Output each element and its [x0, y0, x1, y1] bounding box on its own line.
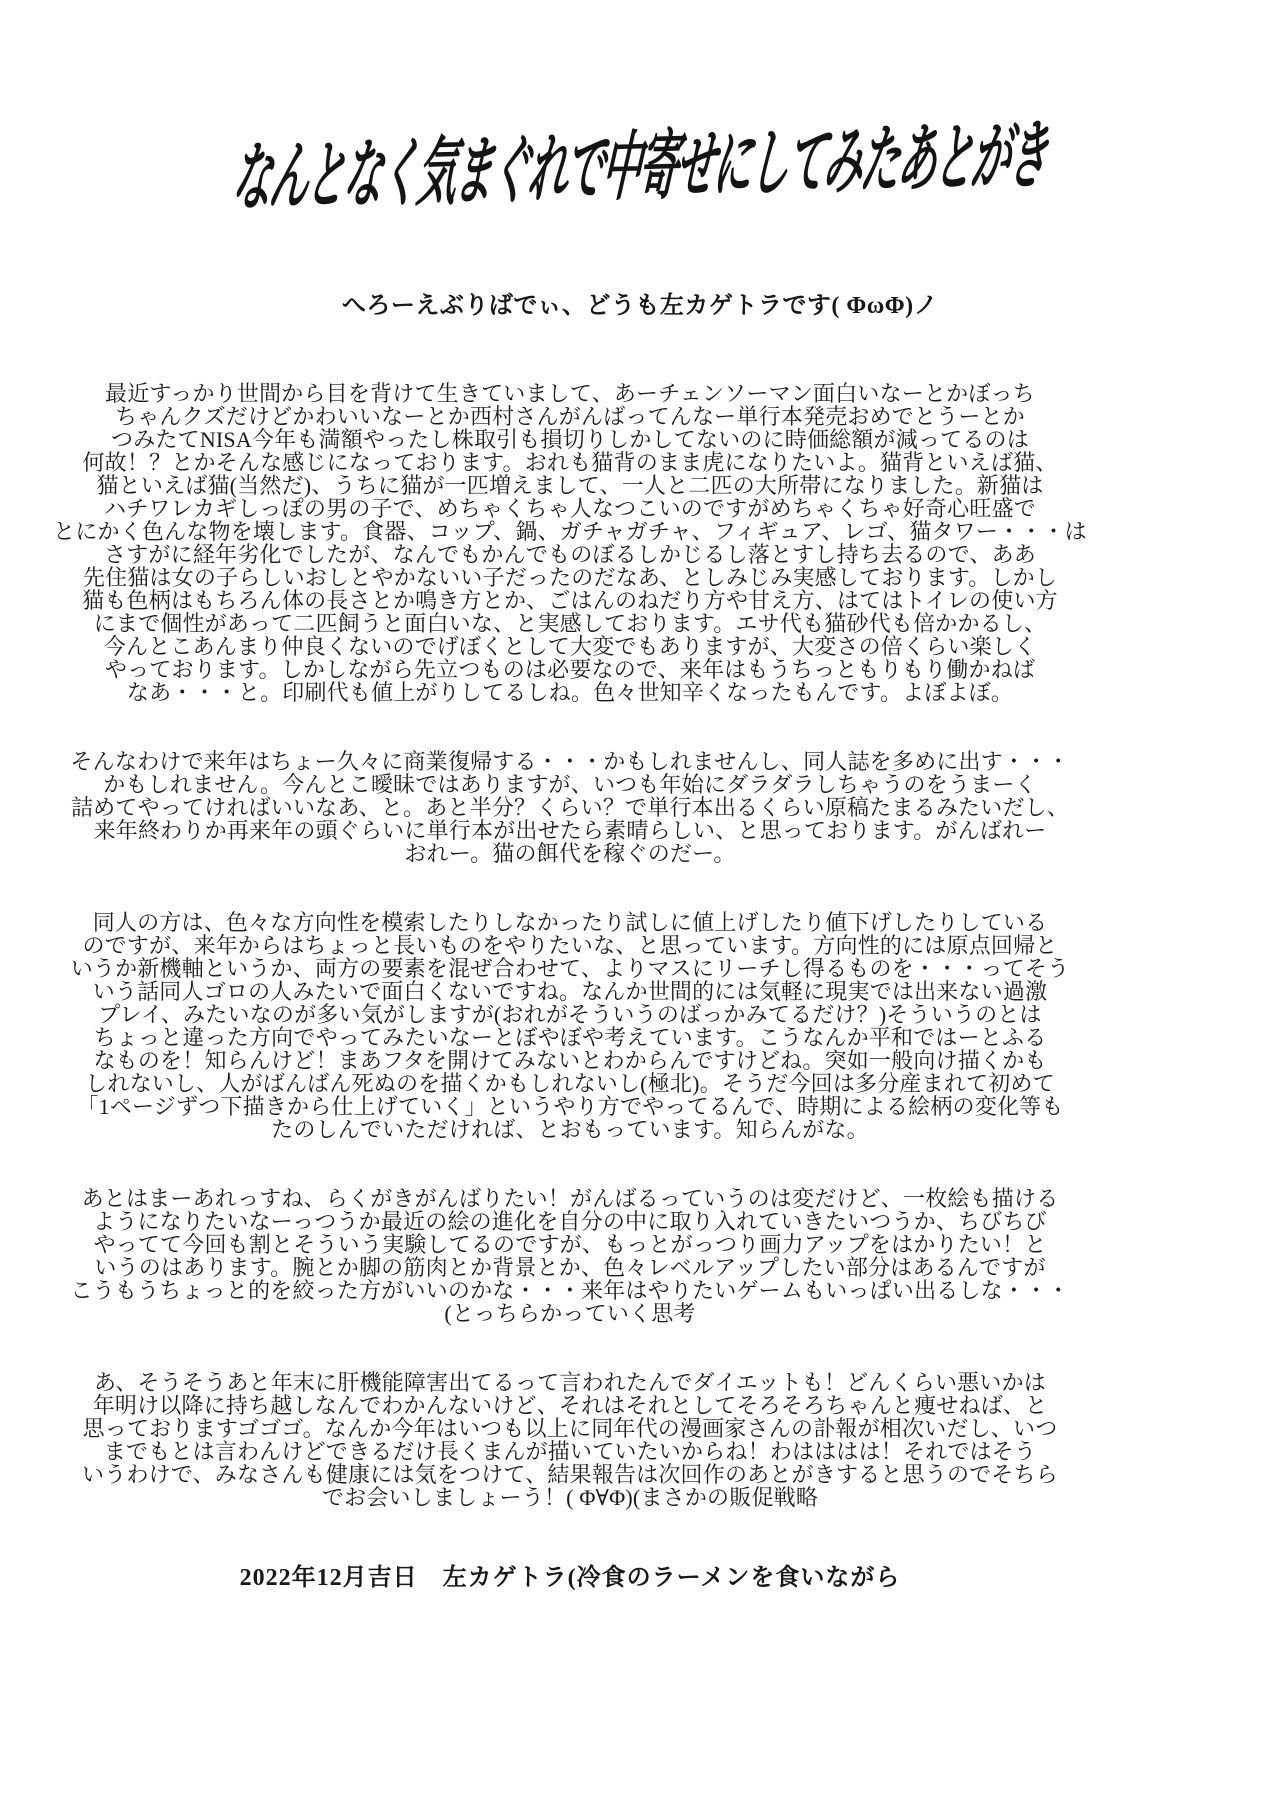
paragraph-line: なものを！知らんけど！まあフタを開けてみないとわからんですけどね。突如一般向け描…	[0, 1049, 1140, 1072]
paragraph-line: ちゃんクズだけどかわいいなーとか西村さんがんばってんなー単行本発売おめでとうーと…	[0, 405, 1140, 428]
paragraph-line: しれないし、人がばんばん死ぬのを描くかもしれないし(極北)。そうだ今回は多分産ま…	[0, 1072, 1140, 1095]
paragraph-line: いうのはあります。腕とか脚の筋肉とか背景とか、色々レベルアップしたい部分はあるん…	[0, 1256, 1140, 1279]
handwritten-title: なんとなく気まぐれで中寄せにしてみたあとがき	[229, 95, 1052, 226]
paragraph-line: あ、そうそうあと年末に肝機能障害出てるって言われたんでダイエットも！どんくらい悪…	[0, 1371, 1140, 1394]
paragraph-line: 年明け以降に持ち越しなんでわかんないけど、それはそれとしてそろそろちゃんと痩せね…	[0, 1394, 1140, 1417]
paragraph-line: 今んとこあんまり仲良くないのでげぼくとして大変でもありますが、大変さの倍くらい楽…	[0, 635, 1140, 658]
paragraph-line: こうもうちょっと的を絞った方がいいのかな・・・来年はやりたいゲームもいっぱい出る…	[0, 1279, 1140, 1302]
paragraph-line: いうわけで、みなさんも健康には気をつけて、結果報告は次回作のあとがきすると思うの…	[0, 1463, 1140, 1486]
paragraph-line: かもしれません。今んとこ曖昧ではありますが、いつも年始にダラダラしちゃうのをうま…	[0, 773, 1140, 796]
paragraph-line: 詰めてやってければいいなあ、と。あと半分？くらい？で単行本出るくらい原稿たまるみ…	[0, 796, 1140, 819]
paragraph: 同人の方は、色々な方向性を模索したりしなかったり試しに値上げしたり値下げしたりし…	[0, 911, 1140, 1141]
paragraph-line: 同人の方は、色々な方向性を模索したりしなかったり試しに値上げしたり値下げしたりし…	[0, 911, 1140, 934]
paragraph-line: やってて今回も割とそういう実験してるのですが、もっとがっつり画力アップをはかりた…	[0, 1233, 1140, 1256]
paragraph-line: 最近すっかり世間から目を背けて生きていまして、あーチェンソーマン面白いなーとかぼ…	[0, 382, 1140, 405]
paragraph: 最近すっかり世間から目を背けて生きていまして、あーチェンソーマン面白いなーとかぼ…	[0, 382, 1140, 704]
paragraph: そんなわけで来年はちょー久々に商業復帰する・・・かもしれませんし、同人誌を多めに…	[0, 750, 1140, 865]
paragraph-line: 来年終わりか再来年の頭ぐらいに単行本が出せたら素晴らしい、と思っております。がん…	[0, 819, 1140, 842]
paragraph-line: とにかく色んな物を壊します。食器、コップ、鍋、ガチャガチャ、フィギュア、レゴ、猫…	[0, 520, 1140, 543]
paragraph-line: ちょっと違った方向でやってみたいなーとぼやぼや考えています。こうなんか平和ではー…	[0, 1026, 1140, 1049]
paragraph-line: までもとは言わんけどできるだけ長くまんが描いていたいからね！わはははは！それでは…	[0, 1440, 1140, 1463]
paragraph: あ、そうそうあと年末に肝機能障害出てるって言われたんでダイエットも！どんくらい悪…	[0, 1371, 1140, 1509]
title-area: なんとなく気まぐれで中寄せにしてみたあとがき	[0, 0, 1280, 243]
paragraph-line: やっております。しかしながら先立つものは必要なので、来年はもうちっともりもり働か…	[0, 658, 1140, 681]
paragraph-line: にまで個性があって二匹飼うと面白いな、と実感しております。エサ代も猫砂代も倍かか…	[0, 612, 1140, 635]
paragraph-line: そんなわけで来年はちょー久々に商業復帰する・・・かもしれませんし、同人誌を多めに…	[0, 750, 1140, 773]
paragraph-line: いうか新機軸というか、両方の要素を混ぜ合わせて、よりマスにリーチし得るものを・・…	[0, 957, 1140, 980]
paragraph-line: 思っておりますゴゴゴ。なんか今年はいつも以上に同年代の漫画家さんの訃報が相次いだ…	[0, 1417, 1140, 1440]
paragraph-line: ようになりたいなーっつうか最近の絵の進化を自分の中に取り入れていきたいつうか、ち…	[0, 1210, 1140, 1233]
paragraph-line: 何故！？とかそんな感じになっております。おれも猫背のまま虎になりたいよ。猫背とい…	[0, 451, 1140, 474]
greeting-line: へろーえぶりばでぃ、どうも左カゲトラです( ΦωΦ)ノ	[0, 285, 1280, 320]
paragraph-line: なあ・・・と。印刷代も値上がりしてるしね。色々世知辛くなったもんです。よぼよぼ。	[0, 681, 1140, 704]
paragraph-line: (とっちらかっていく思考	[0, 1302, 1140, 1325]
paragraph-line: たのしんでいただければ、とおもっています。知らんがな。	[0, 1118, 1140, 1141]
paragraph-line: のですが、来年からはちょっと長いものをやりたいな、と思っています。方向性的には原…	[0, 934, 1140, 957]
paragraph-line: さすがに経年劣化でしたが、なんでもかんでものぼるしかじるし落とすし持ち去るので、…	[0, 543, 1140, 566]
paragraph-line: 猫といえば猫(当然だ)、うちに猫が一匹増えまして、一人と二匹の大所帯になりました…	[0, 474, 1140, 497]
paragraph-line: ハチワレカギしっぽの男の子で、めちゃくちゃ人なつこいのですがめちゃくちゃ好奇心旺…	[0, 497, 1140, 520]
paragraph-line: でお会いしましょーう！( Φ∀Φ)(まさかの販促戦略	[0, 1486, 1140, 1509]
paragraph-line: つみたてNISA今年も満額やったし株取引も損切りしかしてないのに時価総額が減って…	[0, 428, 1140, 451]
paragraph-line: プレイ、みたいなのが多い気がしますが(おれがそういうのばっかみてるだけ？)そうい…	[0, 1003, 1140, 1026]
afterword-page: なんとなく気まぐれで中寄せにしてみたあとがき へろーえぶりばでぃ、どうも左カゲト…	[0, 0, 1280, 1807]
afterword-paragraphs: 最近すっかり世間から目を背けて生きていまして、あーチェンソーマン面白いなーとかぼ…	[0, 382, 1140, 1509]
paragraph-line: 先住猫は女の子らしいおしとやかないい子だったのだなあ、としみじみ実感しております…	[0, 566, 1140, 589]
paragraph-line: おれー。猫の餌代を稼ぐのだー。	[0, 842, 1140, 865]
date-line: 2022年12月吉日 左カゲトラ(冷食のラーメンを食いながら	[0, 1557, 1140, 1592]
paragraph-line: いう話同人ゴロの人みたいで面白くないですね。なんか世間的には気軽に現実では出来な…	[0, 980, 1140, 1003]
paragraph-line: 猫も色柄はもちろん体の長さとか鳴き方とか、ごはんのねだり方や甘え方、はてはトイレ…	[0, 589, 1140, 612]
paragraph-line: 「1ページずつ下描きから仕上げていく」というやり方でやってるんで、時期による絵柄…	[0, 1095, 1140, 1118]
paragraph: あとはまーあれっすね、らくがきがんばりたい！がんばるっていうのは変だけど、一枚絵…	[0, 1187, 1140, 1325]
paragraph-line: あとはまーあれっすね、らくがきがんばりたい！がんばるっていうのは変だけど、一枚絵…	[0, 1187, 1140, 1210]
